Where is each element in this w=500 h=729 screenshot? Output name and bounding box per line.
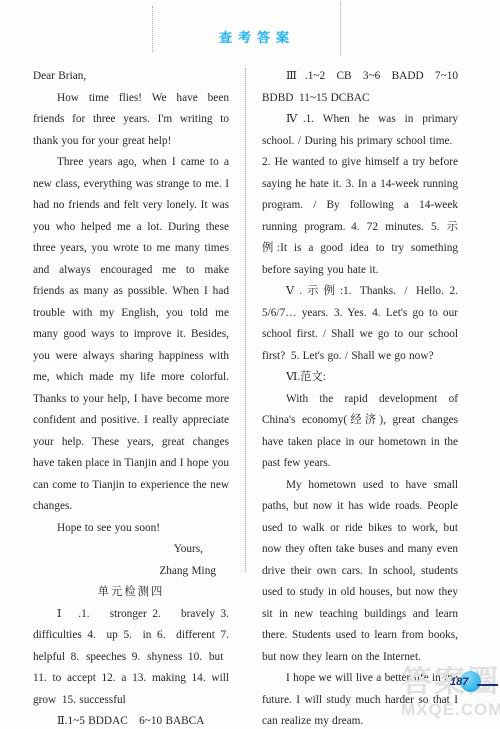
top-watermark: 查考答案 [219, 27, 295, 46]
essay-section-label: Ⅵ.范文: [262, 367, 458, 389]
essay-paragraph-1: With the rapid development of China's ec… [262, 389, 458, 475]
unit-test-heading: 单元检测四 [33, 582, 229, 604]
letter-salutation: Dear Brian, [33, 66, 229, 88]
dotted-crop-mark-left [152, 6, 153, 52]
essay-paragraph-2: My hometown used to have small paths, bu… [262, 475, 458, 669]
letter-closing: Yours, [33, 539, 229, 561]
right-column: Ⅲ.1~2 CB 3~6 BADD 7~10 BDBD 11~15 DCBAC … [262, 66, 458, 729]
page-number-dash [477, 684, 498, 686]
answers-section-1: Ⅰ.1. stronger 2. bravely 3. difficulties… [33, 604, 229, 712]
page-number: 187 [450, 676, 468, 688]
answers-section-2: Ⅱ.1~5 BDDAC 6~10 BABCA [33, 711, 229, 729]
letter-signature: Zhang Ming [33, 561, 229, 583]
answers-section-5: Ⅴ.示例:1. Thanks. / Hello. 2. 5/6/7… years… [262, 281, 458, 367]
letter-paragraph-intro: How time flies! We have been friends for… [33, 88, 229, 153]
answer-page: 查考答案 Dear Brian, How time flies! We have… [0, 0, 500, 729]
answers-section-4: Ⅳ.1. When he was in primary school. / Du… [262, 109, 458, 281]
letter-paragraph-hope: Hope to see you soon! [33, 518, 229, 540]
answers-section-3: Ⅲ.1~2 CB 3~6 BADD 7~10 BDBD 11~15 DCBAC [262, 66, 458, 109]
dotted-crop-mark-right [340, 2, 341, 55]
left-column: Dear Brian, How time flies! We have been… [33, 66, 229, 729]
column-divider [245, 68, 246, 572]
letter-paragraph-body: Three years ago, when I came to a new cl… [33, 152, 229, 518]
site-watermark-url: MXQE.COM [401, 701, 500, 718]
